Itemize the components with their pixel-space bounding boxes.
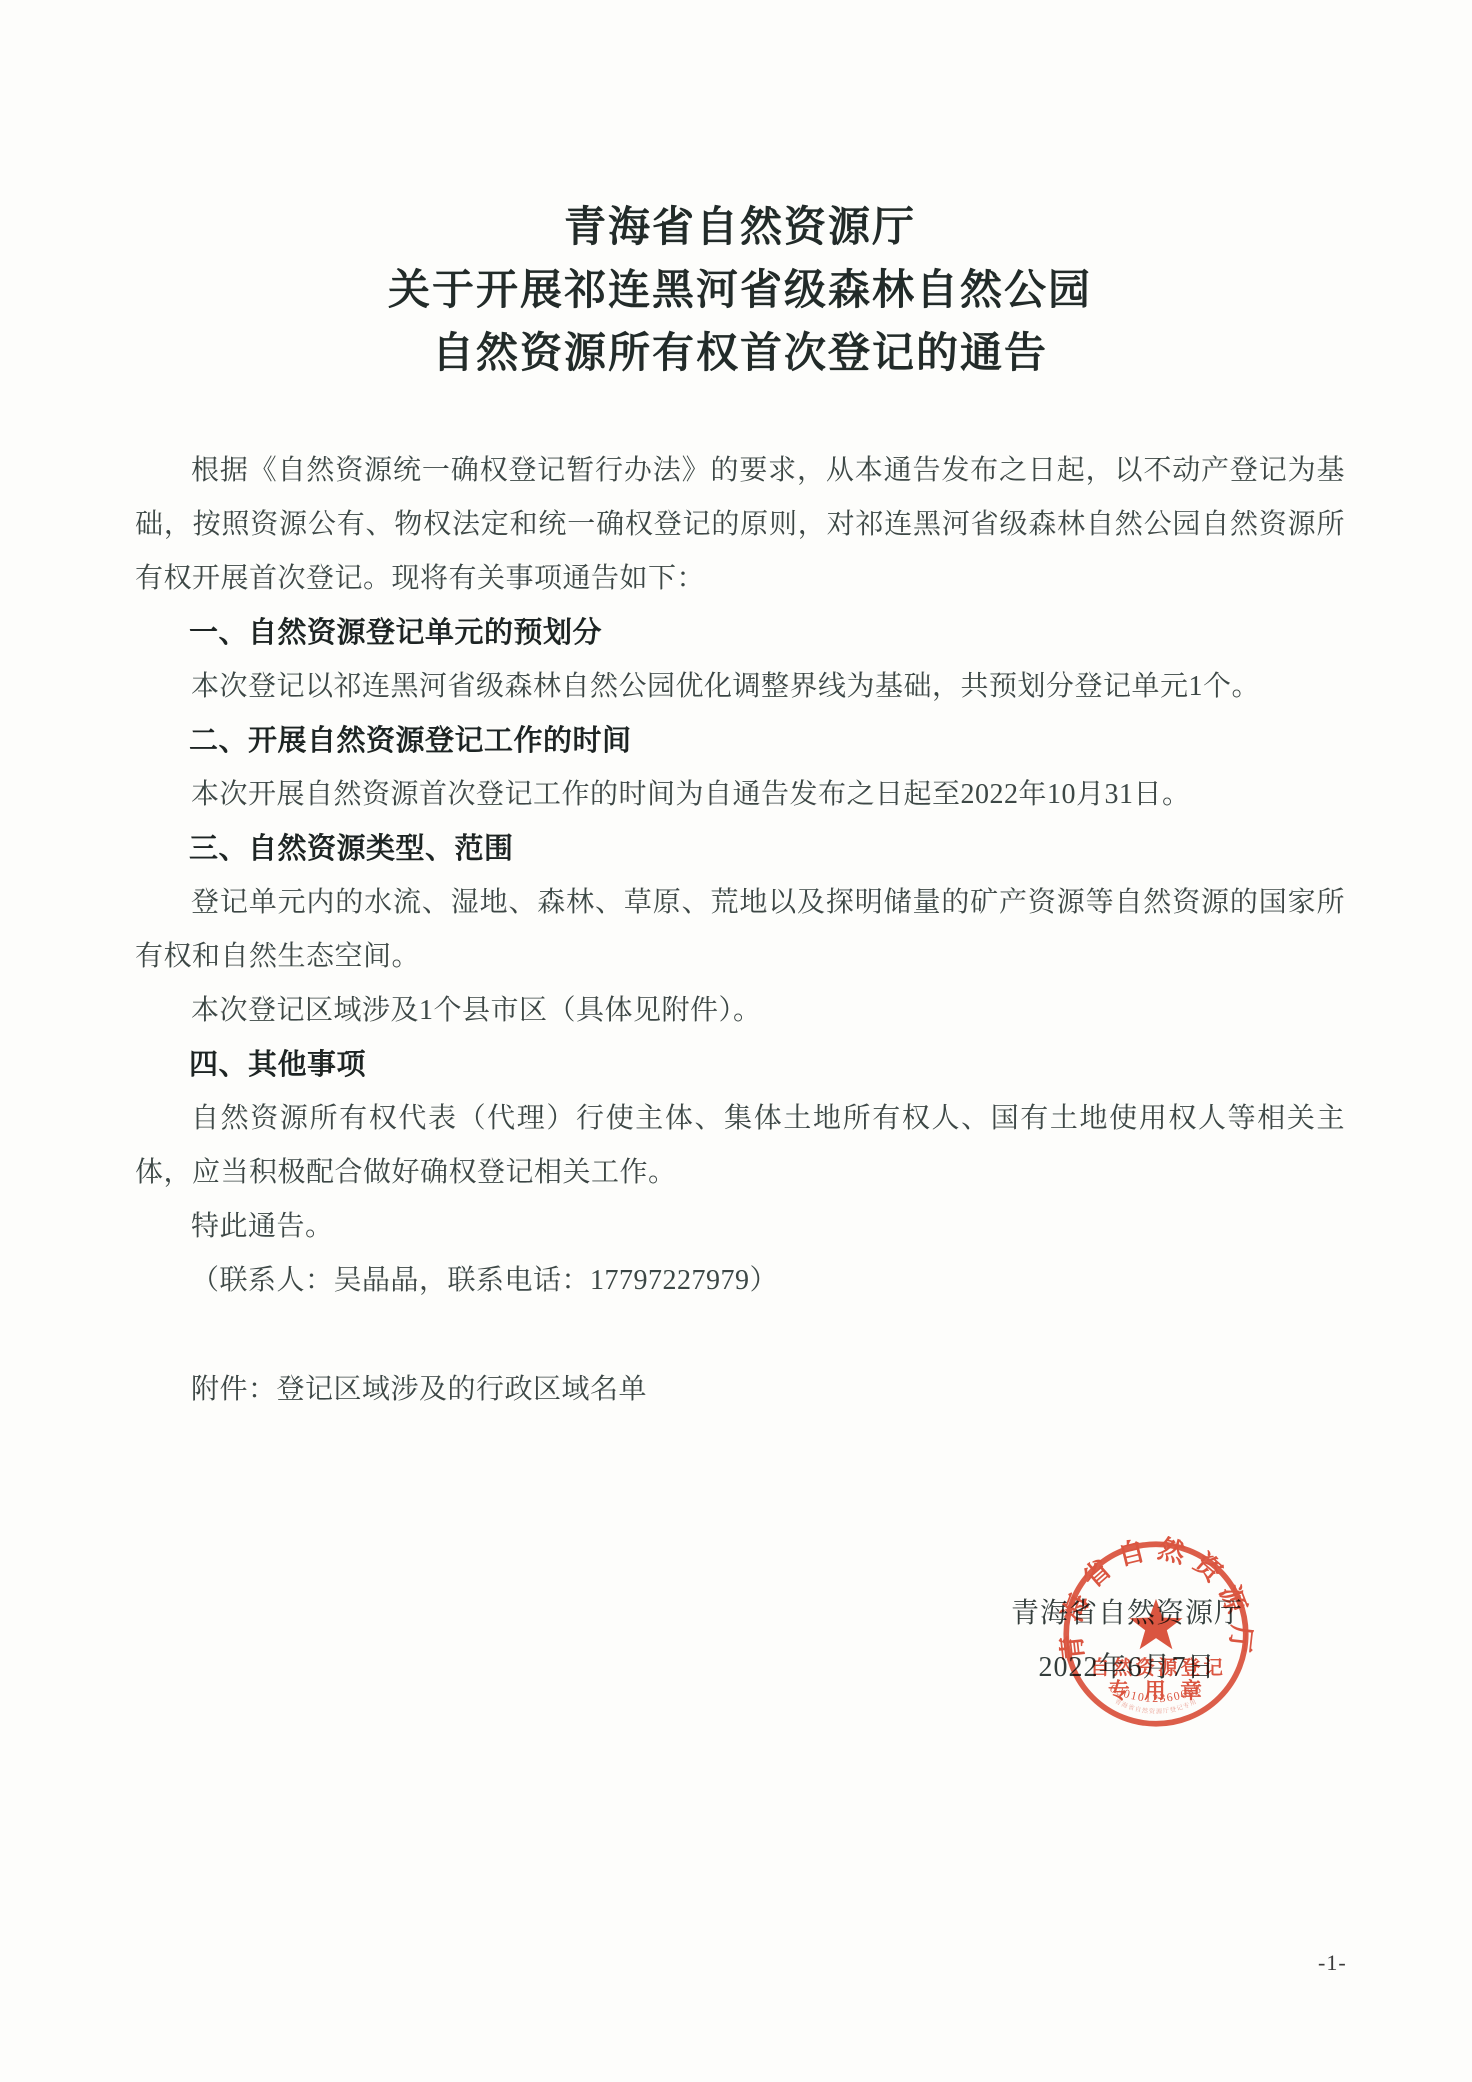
title-line-3: 自然资源所有权首次登记的通告 xyxy=(135,323,1345,386)
contact-line: （联系人：吴晶晶，联系电话：17797227979） xyxy=(135,1254,1345,1308)
page-number: -1- xyxy=(1318,1950,1347,1976)
section-3-heading: 三、自然资源类型、范围 xyxy=(135,822,1345,876)
section-3-paragraph-1: 登记单元内的水流、湿地、森林、草原、荒地以及探明储量的矿产资源等自然资源的国家所… xyxy=(135,876,1345,984)
scanned-notice-page: 青海省自然资源厅 关于开展祁连黑河省级森林自然公园 自然资源所有权首次登记的通告… xyxy=(0,0,1472,2082)
seal-star-icon xyxy=(1129,1599,1182,1649)
attachment-line: 附件：登记区域涉及的行政区域名单 xyxy=(135,1363,1345,1417)
title-line-2: 关于开展祁连黑河省级森林自然公园 xyxy=(135,260,1345,323)
section-2-heading: 二、开展自然资源登记工作的时间 xyxy=(135,714,1345,768)
official-red-seal: 青海省自然资源厅 自然资源登记 专用章 6301012360688 青海省自然资… xyxy=(1058,1536,1254,1732)
section-4-paragraph: 自然资源所有权代表（代理）行使主体、集体土地所有权人、国有土地使用权人等相关主体… xyxy=(135,1092,1345,1200)
title-line-1: 青海省自然资源厅 xyxy=(135,197,1345,260)
section-4-heading: 四、其他事项 xyxy=(135,1038,1345,1092)
section-2-paragraph: 本次开展自然资源首次登记工作的时间为自通告发布之日起至2022年10月31日。 xyxy=(135,768,1345,822)
section-1-heading: 一、自然资源登记单元的预划分 xyxy=(135,606,1345,660)
closing-line: 特此通告。 xyxy=(135,1200,1345,1254)
document-body: 青海省自然资源厅 关于开展祁连黑河省级森林自然公园 自然资源所有权首次登记的通告… xyxy=(135,197,1345,1695)
intro-paragraph: 根据《自然资源统一确权登记暂行办法》的要求，从本通告发布之日起，以不动产登记为基… xyxy=(135,444,1345,606)
section-1-paragraph: 本次登记以祁连黑河省级森林自然公园优化调整界线为基础，共预划分登记单元1个。 xyxy=(135,660,1345,714)
seal-center-text-1: 自然资源登记 xyxy=(1090,1656,1226,1679)
section-3-paragraph-2: 本次登记区域涉及1个县市区（具体见附件）。 xyxy=(135,984,1345,1038)
